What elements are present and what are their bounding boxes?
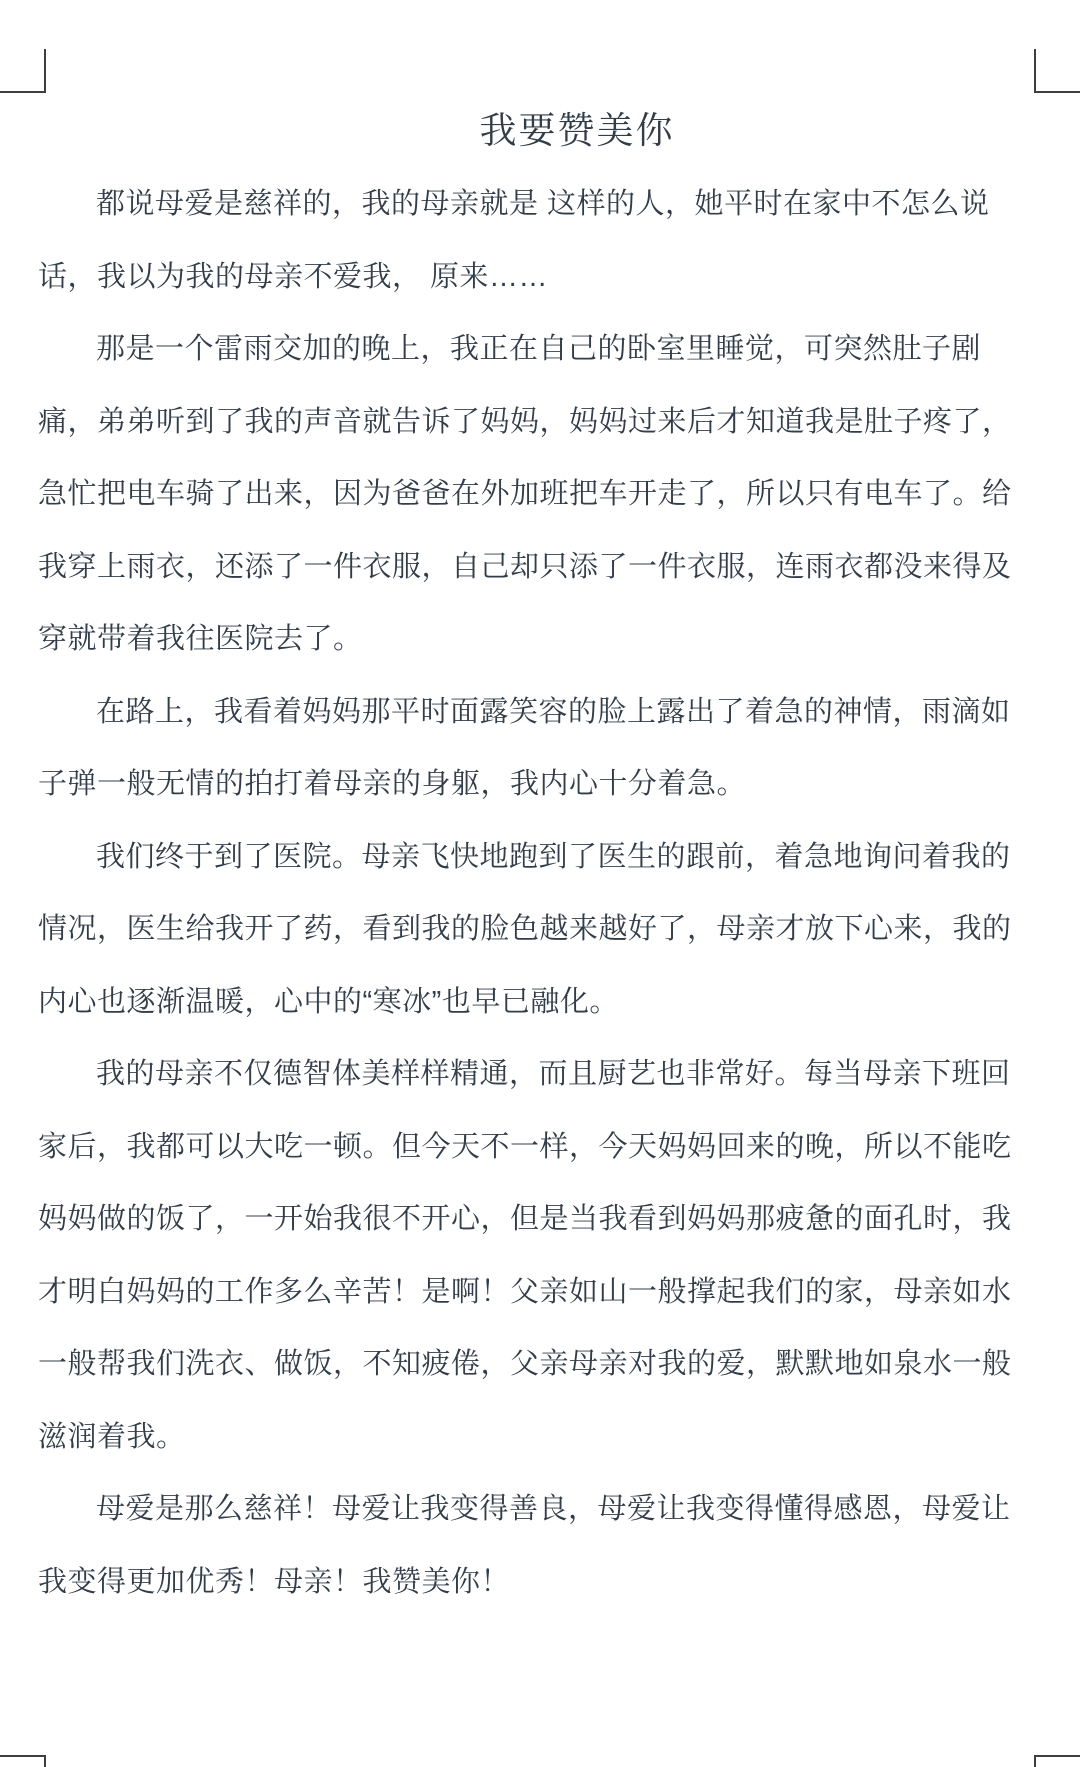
essay-paragraph-3: 在路上，我看着妈妈那平时面露笑容的脸上露出了着急的神情，雨滴如子弹一般无情的拍打… (38, 676, 1020, 821)
scan-corner-mark-top-right (1034, 49, 1080, 93)
essay-body: 都说母爱是慈祥的，我的母亲就是 这样的人，她平时在家中不怎么说话，我以为我的母亲… (38, 168, 1020, 1618)
essay-paragraph-4: 我们终于到了医院。母亲飞快地跑到了医生的跟前，着急地询问着我的情况，医生给我开了… (38, 821, 1020, 1039)
document-page: 我要赞美你 都说母爱是慈祥的，我的母亲就是 这样的人，她平时在家中不怎么说话，我… (0, 0, 1080, 1767)
essay-paragraph-6: 母爱是那么慈祥！母爱让我变得善良，母爱让我变得懂得感恩，母爱让我变得更加优秀！母… (38, 1473, 1020, 1618)
essay-paragraph-2: 那是一个雷雨交加的晚上，我正在自己的卧室里睡觉，可突然肚子剧痛，弟弟听到了我的声… (38, 313, 1020, 676)
scan-corner-mark-bottom-right (1034, 1755, 1080, 1767)
essay-title: 我要赞美你 (37, 100, 1080, 154)
scan-corner-mark-bottom-left (0, 1755, 46, 1767)
essay-paragraph-5: 我的母亲不仅德智体美样样精通，而且厨艺也非常好。每当母亲下班回家后，我都可以大吃… (38, 1038, 1020, 1473)
essay-paragraph-1: 都说母爱是慈祥的，我的母亲就是 这样的人，她平时在家中不怎么说话，我以为我的母亲… (38, 168, 1020, 313)
scan-corner-mark-top-left (0, 49, 46, 93)
